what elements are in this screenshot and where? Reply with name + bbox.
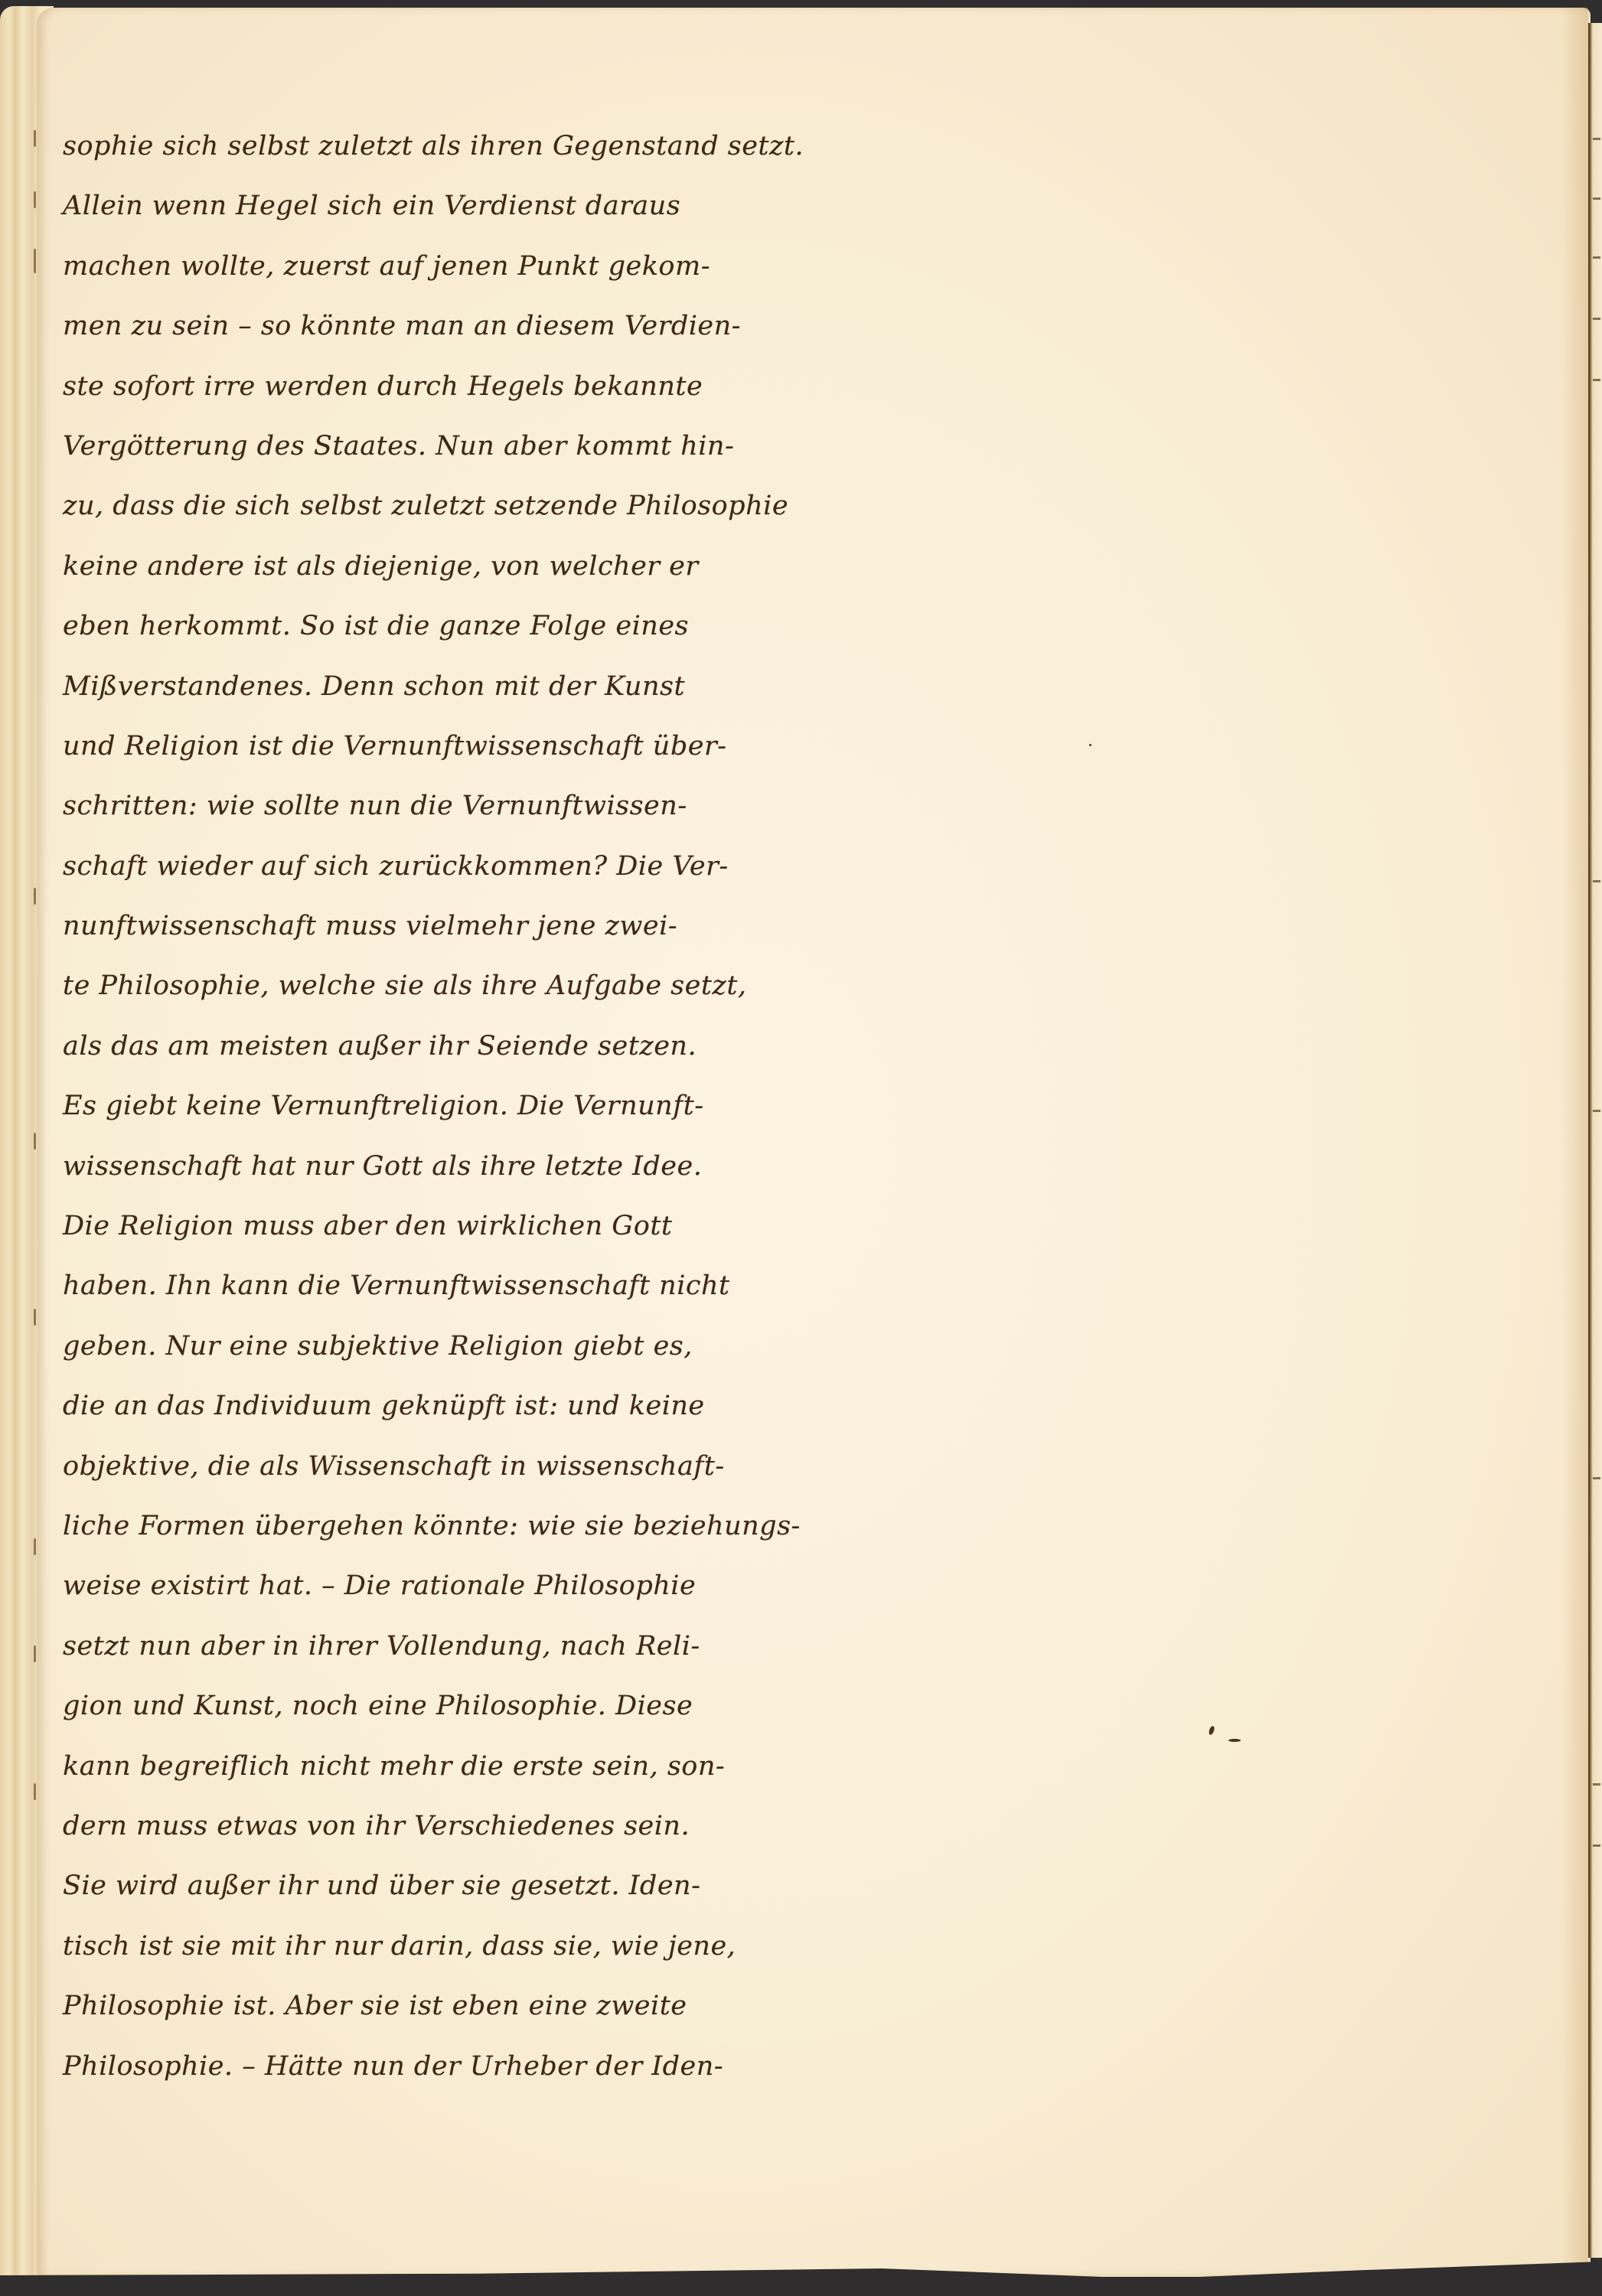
edge-ink-mark [1593,1844,1600,1847]
manuscript-line: men zu sein – so könnte man an diesem Ve… [63,296,874,356]
next-page-edge [1588,23,1602,2258]
margin-mark [34,130,36,147]
manuscript-line: Es giebt keine Vernunftreligion. Die Ver… [63,1076,874,1136]
manuscript-line: geben. Nur eine subjektive Religion gieb… [63,1316,874,1376]
manuscript-line: gion und Kunst, noch eine Philosophie. D… [63,1676,874,1736]
manuscript-line: wissenschaft hat nur Gott als ihre letzt… [63,1137,874,1196]
manuscript-line: objektive, die als Wissenschaft in wisse… [63,1437,874,1496]
manuscript-line: schaft wieder auf sich zurückkommen? Die… [63,837,874,896]
manuscript-line: und Religion ist die Vernunftwissenschaf… [63,716,874,776]
manuscript-line: keine andere ist als diejenige, von welc… [63,536,874,596]
edge-ink-mark [1593,880,1600,882]
manuscript-line: nunftwissenschaft muss vielmehr jene zwe… [63,896,874,956]
edge-ink-mark [1593,256,1600,259]
edge-ink-mark [1593,379,1600,381]
margin-mark [34,1309,36,1326]
ink-spot [1228,1739,1241,1742]
manuscript-line: Vergötterung des Staates. Nun aber kommt… [63,416,874,476]
manuscript-line: weise existirt hat. – Die rationale Phil… [63,1556,874,1616]
margin-mark [34,1133,36,1150]
margin-mark [34,888,36,905]
manuscript-line: sophie sich selbst zuletzt als ihren Geg… [63,116,874,176]
margin-mark [34,191,36,208]
manuscript-line: die an das Individuum geknüpft ist: und … [63,1376,874,1436]
manuscript-line: tisch ist sie mit ihr nur darin, dass si… [63,1916,874,1976]
manuscript-line: liche Formen übergehen könnte: wie sie b… [63,1496,874,1556]
manuscript-line: te Philosophie, welche sie als ihre Aufg… [63,956,874,1016]
ink-spot [1089,744,1091,746]
manuscript-line: als das am meisten außer ihr Seiende set… [63,1016,874,1076]
manuscript-line: Philosophie. – Hätte nun der Urheber der… [63,2037,874,2096]
manuscript-line: Mißverstandenes. Denn schon mit der Kuns… [63,657,874,716]
manuscript-line: Sie wird außer ihr und über sie gesetzt.… [63,1856,874,1916]
manuscript-line: dern muss etwas von ihr Verschiedenes se… [63,1796,874,1856]
edge-ink-mark [1593,1783,1600,1786]
edge-ink-mark [1593,1110,1600,1112]
manuscript-line: zu, dass die sich selbst zuletzt setzend… [63,476,874,536]
manuscript-line: setzt nun aber in ihrer Vollendung, nach… [63,1616,874,1676]
manuscript-line: Allein wenn Hegel sich ein Verdienst dar… [63,176,874,236]
margin-mark [34,1538,36,1555]
manuscript-line: kann begreiflich nicht mehr die erste se… [63,1737,874,1796]
margin-mark [34,249,36,273]
binding-shadow [1561,8,1588,2273]
edge-ink-mark [1593,318,1600,320]
manuscript-line: schritten: wie sollte nun die Vernunftwi… [63,776,874,836]
manuscript-line: ste sofort irre werden durch Hegels beka… [63,357,874,416]
margin-mark [34,1783,36,1800]
manuscript-line: Philosophie ist. Aber sie ist eben eine … [63,1976,874,2036]
manuscript-text-block: sophie sich selbst zuletzt als ihren Geg… [63,116,874,2096]
edge-ink-mark [1593,1477,1600,1479]
manuscript-line: eben herkommt. So ist die ganze Folge ei… [63,596,874,656]
manuscript-line: machen wollte, zuerst auf jenen Punkt ge… [63,236,874,296]
edge-ink-mark [1593,197,1600,200]
margin-mark [34,1645,36,1662]
manuscript-line: haben. Ihn kann die Vernunftwissenschaft… [63,1256,874,1316]
manuscript-line: Die Religion muss aber den wirklichen Go… [63,1196,874,1256]
edge-ink-mark [1593,138,1600,140]
